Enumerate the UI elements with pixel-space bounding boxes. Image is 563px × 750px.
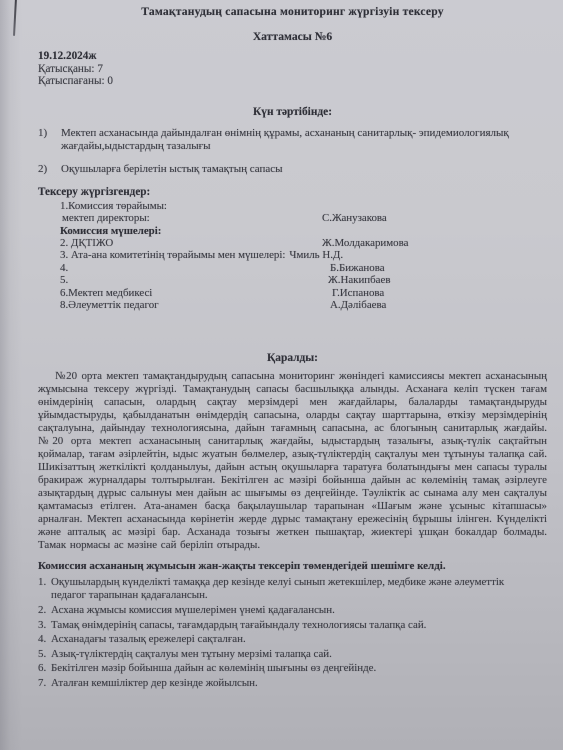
decision-item-text: Асханадағы тазалық ережелері сақталған. (51, 633, 547, 646)
agenda-heading: Күн тәртібінде: (38, 106, 547, 119)
commission-row: Комиссия мүшелері: (60, 225, 547, 237)
decision-list: 1. Оқушылардың күнделікті тамаққа дер ке… (38, 576, 547, 690)
scanned-document-page: Тамақтанудың сапасына мониторинг жүргізу… (0, 0, 563, 750)
decision-item-text: Аталған кемшіліктер дер кезінде жойылсын… (51, 677, 547, 690)
document-content: Тамақтанудың сапасына мониторинг жүргізу… (0, 0, 563, 690)
commission-role: 5. (60, 274, 328, 286)
commission-member-name: А.Дәлібаева (330, 299, 386, 311)
decision-item-number: 2. (38, 604, 51, 617)
agenda-item-number: 1) (38, 127, 61, 153)
agenda-item-text: Оқушыларға берілетін ыстық тамақтың сапа… (61, 163, 547, 176)
commission-role: 3. Ата-ана комитетінің төрайымы мен мүше… (60, 249, 289, 261)
decision-item-text: Тамақ өнімдерінің сапасы, тағамдардың та… (51, 619, 547, 632)
decision-item-number: 5. (38, 648, 51, 661)
commission-member-name: С.Жанузакова (322, 212, 387, 224)
agenda-item: 2) Оқушыларға берілетін ыстық тамақтың с… (38, 163, 547, 176)
commission-member-name: Г.Испанова (332, 287, 384, 299)
commission-member-name: Ж.Молдакаримова (322, 237, 408, 249)
agenda-item: 1) Мектеп асханасында дайындалған өнімні… (38, 127, 547, 153)
decision-item-number: 3. (38, 619, 51, 632)
decision-item-text: Бекітілген мәзір бойынша дайын ас көлемі… (51, 662, 547, 675)
commission-row: 5. Ж.Накипбаев (60, 274, 547, 286)
commission-row: 6.Мектеп медбикесі Г.Испанова (60, 287, 547, 299)
decision-item: 3. Тамақ өнімдерінің сапасы, тағамдардың… (38, 619, 547, 632)
commission-row: 2. ДҚТІЖО Ж.Молдакаримова (60, 237, 547, 249)
commission-row: 4. Б.Бижанова (60, 262, 547, 274)
commission-member-name: Чмиль Н.Д. (289, 249, 343, 261)
decision-item-number: 4. (38, 633, 51, 646)
reviewed-heading: Қаралды: (38, 352, 547, 365)
decision-item: 4. Асханадағы тазалық ережелері сақталға… (38, 633, 547, 646)
decision-item: 7. Аталған кемшіліктер дер кезінде жойыл… (38, 677, 547, 690)
decision-item-text: Асхана жұмысы комиссия мүшелерімен үнемі… (51, 604, 547, 617)
decision-item: 5. Азық-түліктердің сақталуы мен тұтыну … (38, 648, 547, 661)
reviewed-body-paragraph: №20 орта мектеп тамақтандырудың сапасына… (38, 370, 547, 552)
decision-item-number: 7. (38, 677, 51, 690)
document-date: 19.12.2024ж (38, 50, 547, 63)
commission-role: 6.Мектеп медбикесі (60, 287, 332, 299)
agenda-item-text: Мектеп асханасында дайындалған өнімнің қ… (61, 127, 547, 153)
commission-row: 8.Әлеуметтік педагог А.Дәлібаева (60, 299, 547, 311)
inspectors-heading: Тексеру жүргізгендер: (38, 186, 547, 199)
commission-row: 1.Комиссия төрайымы: (60, 200, 547, 212)
commission-role: 4. (60, 262, 330, 274)
agenda-item-number: 2) (38, 163, 61, 176)
decision-item: 6. Бекітілген мәзір бойынша дайын ас көл… (38, 662, 547, 675)
commission-role: 2. ДҚТІЖО (60, 237, 322, 249)
protocol-number: Хаттамасы №6 (38, 30, 547, 43)
decision-item: 1. Оқушылардың күнделікті тамаққа дер ке… (38, 576, 547, 602)
commission-role: 8.Әлеуметтік педагог (60, 299, 330, 311)
decision-item: 2. Асхана жұмысы комиссия мүшелерімен үн… (38, 604, 547, 617)
decision-heading: Комиссия асхананың жұмысын жан-жақты тек… (38, 560, 547, 573)
absent-count: Қатыспағаны: 0 (38, 75, 547, 88)
attended-count: Қатысқаны: 7 (38, 63, 547, 76)
decision-item-text: Оқушылардың күнделікті тамаққа дер кезін… (51, 576, 547, 602)
meta-block: 19.12.2024ж Қатысқаны: 7 Қатыспағаны: 0 (38, 50, 547, 88)
commission-role: мектеп директоры: (62, 212, 322, 224)
commission-list: 1.Комиссия төрайымы: мектеп директоры: С… (60, 200, 547, 312)
agenda-list: 1) Мектеп асханасында дайындалған өнімні… (38, 127, 547, 176)
commission-member-name: Б.Бижанова (330, 262, 385, 274)
decision-item-text: Азық-түліктердің сақталуы мен тұтыну мер… (51, 648, 547, 661)
commission-members-heading: Комиссия мүшелері: (60, 225, 322, 237)
document-title: Тамақтанудың сапасына мониторинг жүргізу… (38, 5, 547, 18)
commission-row: 3. Ата-ана комитетінің төрайымы мен мүше… (60, 249, 547, 261)
commission-row: мектеп директоры: С.Жанузакова (60, 212, 547, 224)
decision-item-number: 6. (38, 662, 51, 675)
decision-item-number: 1. (38, 576, 51, 602)
commission-member-name: Ж.Накипбаев (328, 274, 390, 286)
commission-role: 1.Комиссия төрайымы: (60, 200, 322, 212)
